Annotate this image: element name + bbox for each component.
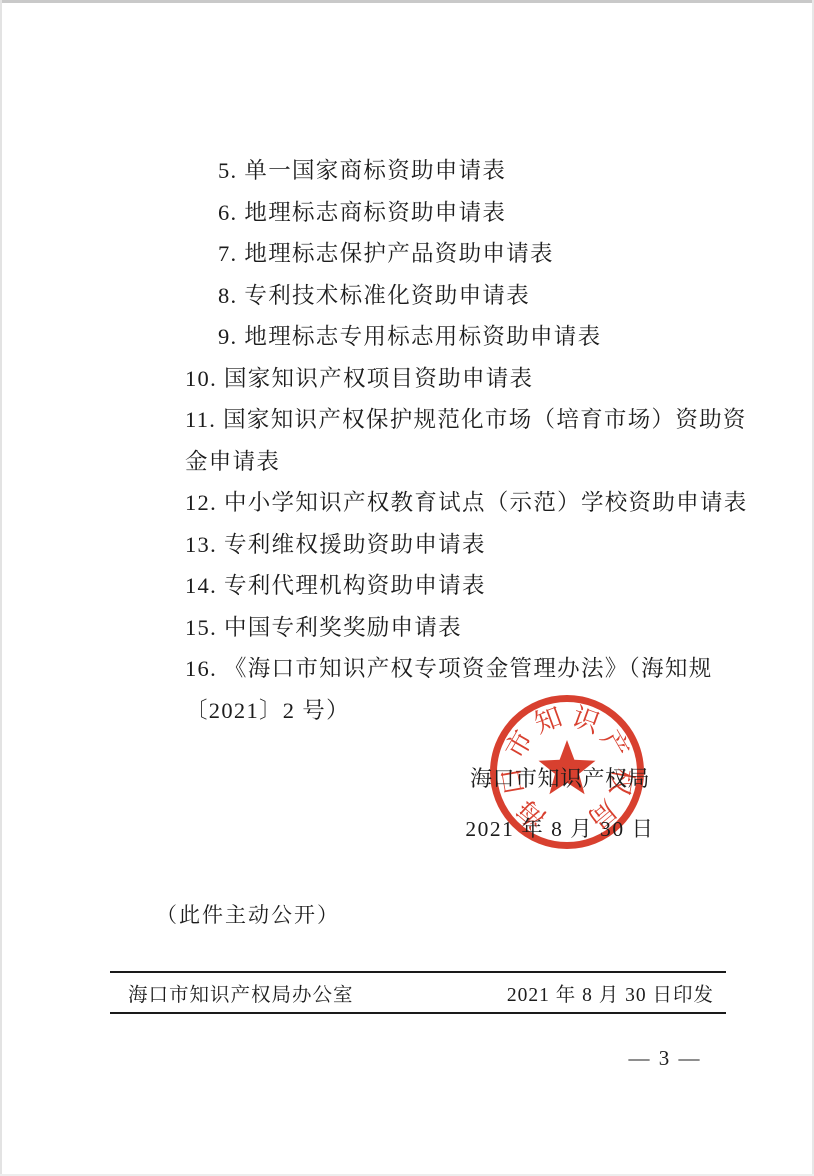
list-line: 16. 《海口市知识产权专项资金管理办法》（海知规 — [185, 648, 765, 690]
scan-edge-top — [0, 0, 814, 3]
footer-print-date: 2021 年 8 月 30 日印发 — [507, 979, 714, 1007]
signature-org: 海口市知识产权局 — [430, 762, 690, 793]
scan-edge-left — [0, 0, 2, 1176]
attachment-list: 5. 单一国家商标资助申请表6. 地理标志商标资助申请表7. 地理标志保护产品资… — [185, 150, 765, 731]
signature-date: 2021 年 8 月 30 日 — [430, 812, 690, 843]
list-line: 7. 地理标志保护产品资助申请表 — [185, 233, 765, 275]
list-line: 11. 国家知识产权保护规范化市场（培育市场）资助资 — [185, 399, 765, 441]
list-line: 9. 地理标志专用标志用标资助申请表 — [185, 316, 765, 358]
footer-rule-top — [110, 971, 726, 973]
list-line: 14. 专利代理机构资助申请表 — [185, 565, 765, 607]
page-number: — 3 — — [610, 1046, 720, 1071]
list-line: 12. 中小学知识产权教育试点（示范）学校资助申请表 — [185, 482, 765, 524]
footer-office: 海口市知识产权局办公室 — [128, 979, 354, 1007]
list-line: 5. 单一国家商标资助申请表 — [185, 150, 765, 192]
footer-rule-bottom — [110, 1012, 726, 1014]
list-line: 6. 地理标志商标资助申请表 — [185, 192, 765, 234]
list-line: 10. 国家知识产权项目资助申请表 — [185, 358, 765, 400]
document-page: 5. 单一国家商标资助申请表6. 地理标志商标资助申请表7. 地理标志保护产品资… — [0, 0, 814, 1176]
list-line: 8. 专利技术标准化资助申请表 — [185, 275, 765, 317]
list-line: 15. 中国专利奖奖励申请表 — [185, 607, 765, 649]
list-line: 13. 专利维权援助资助申请表 — [185, 524, 765, 566]
list-line: 〔2021〕2 号） — [185, 690, 765, 732]
list-line: 金申请表 — [185, 441, 765, 483]
disclosure-note: （此件主动公开） — [156, 899, 340, 929]
footer-row: 海口市知识产权局办公室 2021 年 8 月 30 日印发 — [110, 974, 726, 1012]
